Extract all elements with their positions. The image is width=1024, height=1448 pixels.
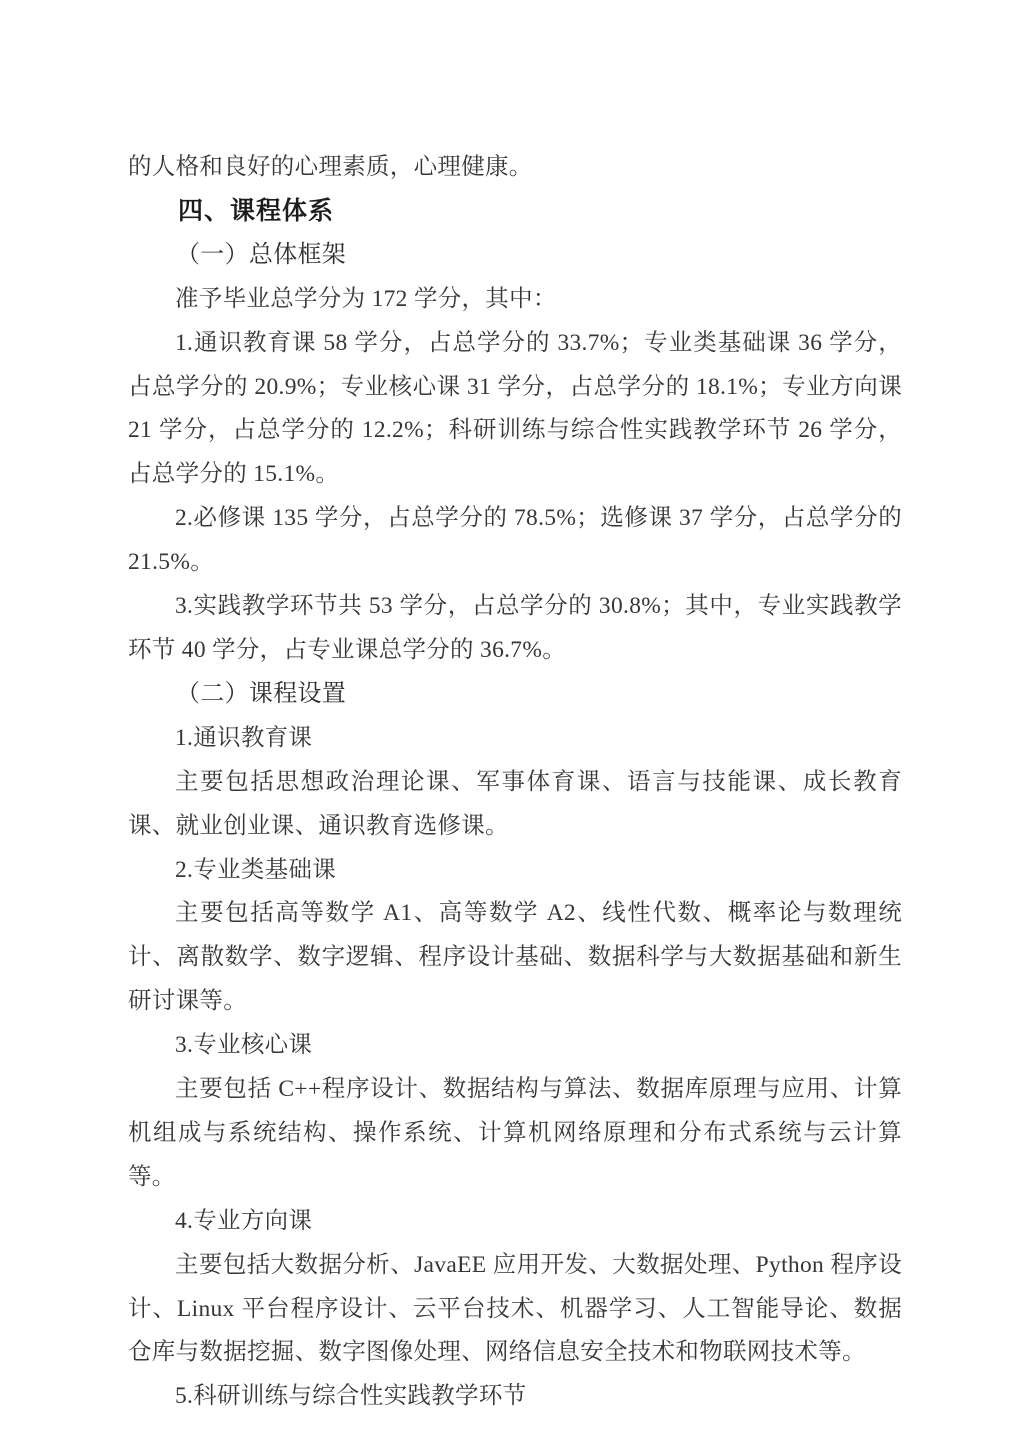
paragraph: 2.专业类基础课 [128,849,902,893]
paragraph: 2.必修课 135 学分，占总学分的 78.5%；选修课 37 学分，占总学分的… [128,497,902,585]
paragraph: 3.专业核心课 [128,1024,902,1068]
document-page: 的人格和良好的心理素质，心理健康。四、课程体系（一）总体框架准予毕业总学分为 1… [0,0,1024,1448]
paragraph: 4.专业方向课 [128,1200,902,1244]
paragraph: 主要包括高等数学 A1、高等数学 A2、线性代数、概率论与数理统计、离散数学、数… [128,892,902,1024]
sub-heading: （二）课程设置 [128,673,902,717]
paragraph: 的人格和良好的心理素质，心理健康。 [128,146,902,190]
paragraph: 主要包括大数据分析、JavaEE 应用开发、大数据处理、Python 程序设计、… [128,1244,902,1376]
sub-heading: （一）总体框架 [128,234,902,278]
document-body: 的人格和良好的心理素质，心理健康。四、课程体系（一）总体框架准予毕业总学分为 1… [128,146,902,1419]
paragraph: 5.科研训练与综合性实践教学环节 [128,1375,902,1419]
paragraph: 主要包括 C++程序设计、数据结构与算法、数据库原理与应用、计算机组成与系统结构… [128,1068,902,1200]
paragraph: 1.通识教育课 [128,717,902,761]
paragraph: 主要包括思想政治理论课、军事体育课、语言与技能课、成长教育课、就业创业课、通识教… [128,761,902,849]
paragraph: 3.实践教学环节共 53 学分，占总学分的 30.8%；其中，专业实践教学环节 … [128,585,902,673]
paragraph: 1.通识教育课 58 学分，占总学分的 33.7%；专业类基础课 36 学分，占… [128,322,902,498]
paragraph: 准予毕业总学分为 172 学分，其中： [128,278,902,322]
section-heading: 四、课程体系 [128,190,902,234]
